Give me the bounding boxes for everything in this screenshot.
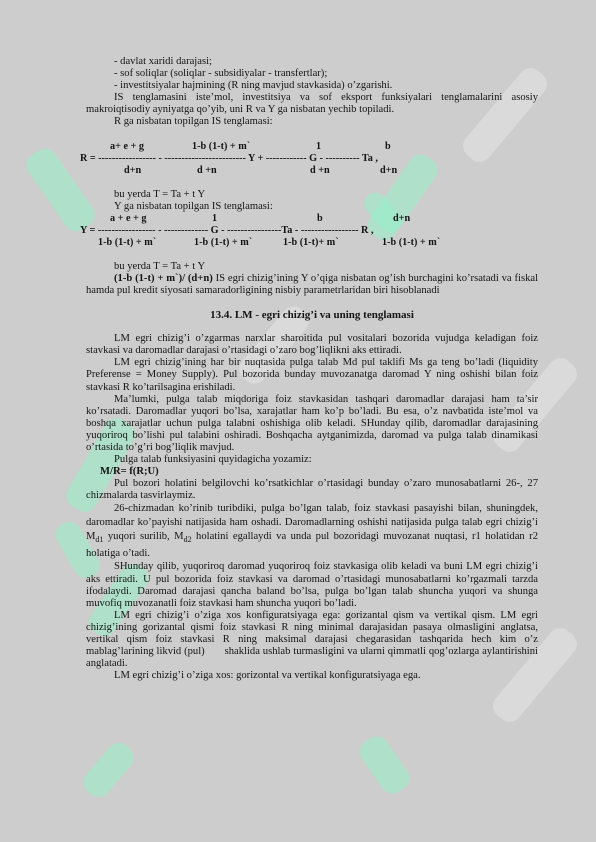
formula-numerator: 1 <box>212 213 217 225</box>
formula-main-line: R = ----------------- - ----------------… <box>80 153 378 165</box>
formula-y-equation: a + e + g 1 b d+n Y = ----------------- … <box>80 213 538 249</box>
label-r-equation: R ga nisbatan topilgan IS tenglamasi: <box>86 116 538 128</box>
watermark-logo-icon <box>79 738 139 802</box>
paragraph-lm-8: LM egri chizig’i o’ziga xos konfiguratsi… <box>86 610 538 670</box>
formula-numerator: 1-b (1-t) + m` <box>192 141 250 153</box>
formula-numerator: a+ e + g <box>110 141 144 153</box>
list-item: - investitsiyalar hajmining (R ning mavj… <box>86 80 538 92</box>
formula-money-demand: M/R= f(R;U) <box>100 466 538 478</box>
list-item: - sof soliqlar (soliqlar - subsidiyalar … <box>86 68 538 80</box>
formula-numerator: d+n <box>393 213 410 225</box>
note-t-definition: bu yerda T = Ta + t Y <box>86 189 538 201</box>
paragraph-lm-3: Ma’lumki, pulga talab miqdoriga foiz sta… <box>86 394 538 454</box>
formula-r-equation: a+ e + g 1-b (1-t) + m` 1 b R = --------… <box>80 141 538 177</box>
label-y-equation: Y ga nisbatan topilgan IS tenglamasi: <box>86 201 538 213</box>
paragraph-lm-6: 26-chizmadan ko’rinib turibdiki, pulga b… <box>86 502 538 561</box>
formula-denominator: d +n <box>197 165 217 177</box>
watermark-logo-icon <box>356 732 415 798</box>
paragraph-lm-7: SHunday qilib, yuqoriroq daromad yuqorir… <box>86 561 538 609</box>
note-t-definition: bu yerda T = Ta + t Y <box>86 261 538 273</box>
formula-numerator: 1 <box>316 141 321 153</box>
paragraph-lm-1: LM egri chizig’i o’zgarmas narxlar sharo… <box>86 333 538 357</box>
section-heading: 13.4. LM - egri chizig’i va uning tengla… <box>86 309 538 321</box>
formula-denominator: d +n <box>310 165 330 177</box>
formula-denominator: 1-b (1-t) + m` <box>98 237 156 249</box>
formula-numerator: b <box>317 213 323 225</box>
paragraph-is-slope: (1-b (1-t) + m`)/ (d+n) IS egri chizig’i… <box>86 273 538 297</box>
formula-denominator: 1-b (1-t)+ m` <box>283 237 339 249</box>
formula-numerator: a + e + g <box>110 213 147 225</box>
paragraph-is-intro: IS tenglamasini iste’mol, investitsiya v… <box>86 92 538 116</box>
formula-denominator: 1-b (1-t) + m` <box>382 237 440 249</box>
formula-denominator: 1-b (1-t) + m` <box>194 237 252 249</box>
paragraph-lm-4: Pulga talab funksiyasini quyidagicha yoz… <box>86 454 538 466</box>
formula-denominator: d+n <box>124 165 141 177</box>
paragraph-lm-2: LM egri chizig’ining har bir nuqtasida p… <box>86 357 538 393</box>
paragraph-lm-5: Pul bozori holatini belgilovchi ko’rsatk… <box>86 478 538 502</box>
formula-denominator: d+n <box>380 165 397 177</box>
slope-formula: (1-b (1-t) + m`)/ (d+n) <box>114 273 213 284</box>
subscript: d2 <box>184 535 192 544</box>
list-item: - davlat xaridi darajasi; <box>86 56 538 68</box>
formula-numerator: b <box>385 141 391 153</box>
formula-main-line: Y = ----------------- - ------------- G … <box>80 225 374 237</box>
document-page: - davlat xaridi darajasi; - sof soliqlar… <box>86 56 538 682</box>
paragraph-lm-9: LM egri chizig’i o’ziga xos: gorizontal … <box>86 670 538 682</box>
